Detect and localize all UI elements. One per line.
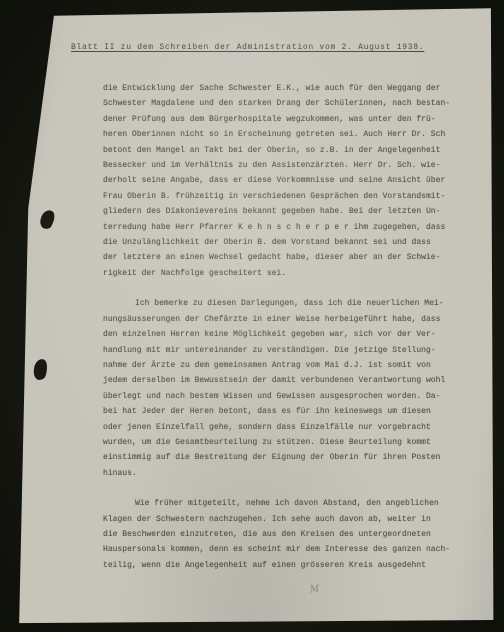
typed-line: jedem derselben im Bewusstsein der damit… (103, 373, 455, 388)
typed-line: Klagen der Schwestern nachzugehen. Ich s… (103, 512, 455, 527)
typed-line: Wie früher mitgeteilt, nehme ich davon A… (103, 496, 455, 511)
paragraph: Wie früher mitgeteilt, nehme ich davon A… (103, 496, 455, 573)
paragraph: die Entwicklung der Sache Schwester E.K.… (103, 81, 455, 281)
document-heading: Blatt II zu dem Schreiben der Administra… (71, 43, 424, 52)
typed-line: terredung habe Herr Pfarrer K e h n s c … (103, 220, 455, 235)
typed-line: oder jenen Einzelfall gehe, sondern dass… (103, 420, 455, 435)
typed-line: wurden, um die Gesamtbeurteilung zu stüt… (103, 435, 455, 450)
typed-line: Ich bemerke zu diesen Darlegungen, dass … (103, 296, 455, 311)
typed-line: die Beschwerden einzutreten, die aus den… (103, 527, 455, 542)
typed-line: handlung mit mir untereinander zu verstä… (103, 343, 455, 358)
typed-line: heren Oberinnen nicht so in Erscheinung … (103, 127, 455, 142)
typed-line: den einzelnen Herren keine Möglichkeit g… (103, 327, 455, 342)
typed-line: der letztere an einen Wechsel gedacht ha… (103, 250, 455, 265)
typed-line: Frau Oberin B. frühzeitig in verschieden… (103, 189, 455, 204)
typed-line: rigkeit der Nachfolge gescheitert sei. (103, 266, 455, 281)
page-content: Blatt II zu dem Schreiben der Administra… (0, 0, 504, 632)
typed-line: derholt seine Angabe, dass er diese Vork… (103, 173, 455, 188)
typed-line: die Entwicklung der Sache Schwester E.K.… (103, 81, 455, 96)
document-body: die Entwicklung der Sache Schwester E.K.… (103, 81, 455, 588)
typed-line: Bessecker und im Verhältnis zu den Assis… (103, 158, 455, 173)
typed-line: Hauspersonals kommen, denn es scheint mi… (103, 542, 455, 557)
typed-line: die Unzulänglichkeit der Oberin B. dem V… (103, 235, 455, 250)
typed-line: dener Prüfung aus dem Bürgerhospitale we… (103, 112, 455, 127)
typed-line: nungsäusserungen der Chefärzte in einer … (103, 312, 455, 327)
typed-line: bei hat Jeder der Heren betont, dass es … (103, 404, 455, 419)
typed-line: Schwester Magdalene und den starken Dran… (103, 96, 455, 111)
typed-line: teilig, wenn die Angelegenheit auf einen… (103, 558, 455, 573)
typed-line: hinaus. (103, 466, 455, 481)
typed-line: gliedern des Diakonievereins bekannt geg… (103, 204, 455, 219)
typed-line: überlegt und nach bestem Wissen und Gewi… (103, 389, 455, 404)
typed-line: einstimmig auf die Bestreitung der Eignu… (103, 450, 455, 465)
pencil-mark: M (310, 585, 320, 596)
paragraph: Ich bemerke zu diesen Darlegungen, dass … (103, 296, 455, 481)
typed-line: betont den Mangel an Takt bei der Oberin… (103, 143, 455, 158)
typed-line: nahme der Ärzte zu dem gemeinsamen Antra… (103, 358, 455, 373)
